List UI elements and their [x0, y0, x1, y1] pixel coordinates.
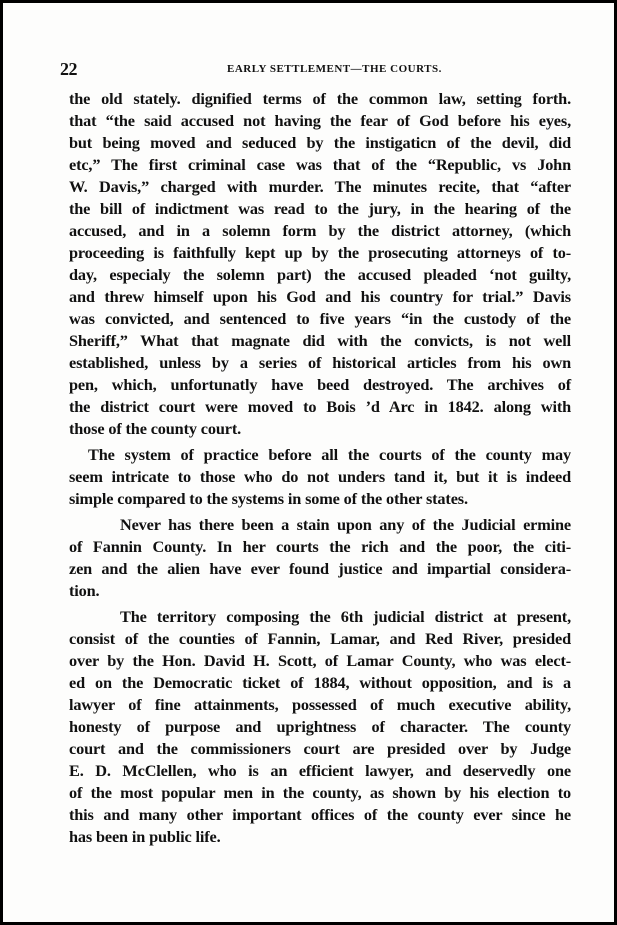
scanned-book-page: 22 EARLY SETTLEMENT—THE COURTS. the old …	[0, 0, 617, 925]
text-line: The system of practice before all the co…	[69, 444, 571, 466]
text-line: was convicted, and sentenced to five yea…	[69, 308, 571, 330]
running-head: 22 EARLY SETTLEMENT—THE COURTS.	[60, 59, 560, 79]
paragraph: The system of practice before all the co…	[69, 444, 571, 510]
text-line: Never has there been a stain upon any of…	[69, 514, 571, 536]
page-number: 22	[60, 59, 77, 80]
text-line: of the most popular men in the county, a…	[69, 782, 571, 804]
paragraph: the old stately. dignified terms of the …	[69, 88, 571, 440]
text-line: The territory composing the 6th judicial…	[69, 606, 571, 628]
text-line: that “the said accused not having the fe…	[69, 110, 571, 132]
paragraph: Never has there been a stain upon any of…	[69, 514, 571, 602]
text-line: court and the commissioners court are pr…	[69, 738, 571, 760]
text-line: the old stately. dignified terms of the …	[69, 88, 571, 110]
text-line: of Fannin County. In her courts the rich…	[69, 536, 571, 558]
body-text: the old stately. dignified terms of the …	[69, 88, 571, 848]
text-line: the bill of indictment was read to the j…	[69, 198, 571, 220]
paragraph: The territory composing the 6th judicial…	[69, 606, 571, 848]
text-line: lawyer of fine attainments, possessed of…	[69, 694, 571, 716]
text-line: consist of the counties of Fannin, Lamar…	[69, 628, 571, 650]
text-line: zen and the alien have ever found justic…	[69, 558, 571, 580]
text-line: Sheriff,” What that magnate did with the…	[69, 330, 571, 352]
text-line: W. Davis,” charged with murder. The minu…	[69, 176, 571, 198]
text-line: accused, and in a solemn form by the dis…	[69, 220, 571, 242]
text-line: the district court were moved to Bois ’d…	[69, 396, 571, 418]
text-line: tion.	[69, 580, 571, 602]
text-line: honesty of purpose and uprightness of ch…	[69, 716, 571, 738]
text-line: established, unless by a series of histo…	[69, 352, 571, 374]
text-line: over by the Hon. David H. Scott, of Lama…	[69, 650, 571, 672]
text-line: etc,” The first criminal case was that o…	[69, 154, 571, 176]
text-line: those of the county court.	[69, 418, 571, 440]
text-line: simple compared to the systems in some o…	[69, 488, 571, 510]
text-line: day, especialy the solemn part) the accu…	[69, 264, 571, 286]
text-line: E. D. McClellen, who is an efficient law…	[69, 760, 571, 782]
running-title: EARLY SETTLEMENT—THE COURTS.	[227, 63, 442, 75]
text-line: proceeding is faithfully kept up by the …	[69, 242, 571, 264]
text-line: has been in public life.	[69, 826, 571, 848]
text-line: this and many other important offices of…	[69, 804, 571, 826]
text-line: pen, which, unfortunatly have beed destr…	[69, 374, 571, 396]
text-line: seem intricate to those who do not under…	[69, 466, 571, 488]
text-line: and threw himself upon his God and his c…	[69, 286, 571, 308]
text-line: but being moved and seduced by the insti…	[69, 132, 571, 154]
text-line: ed on the Democratic ticket of 1884, wit…	[69, 672, 571, 694]
